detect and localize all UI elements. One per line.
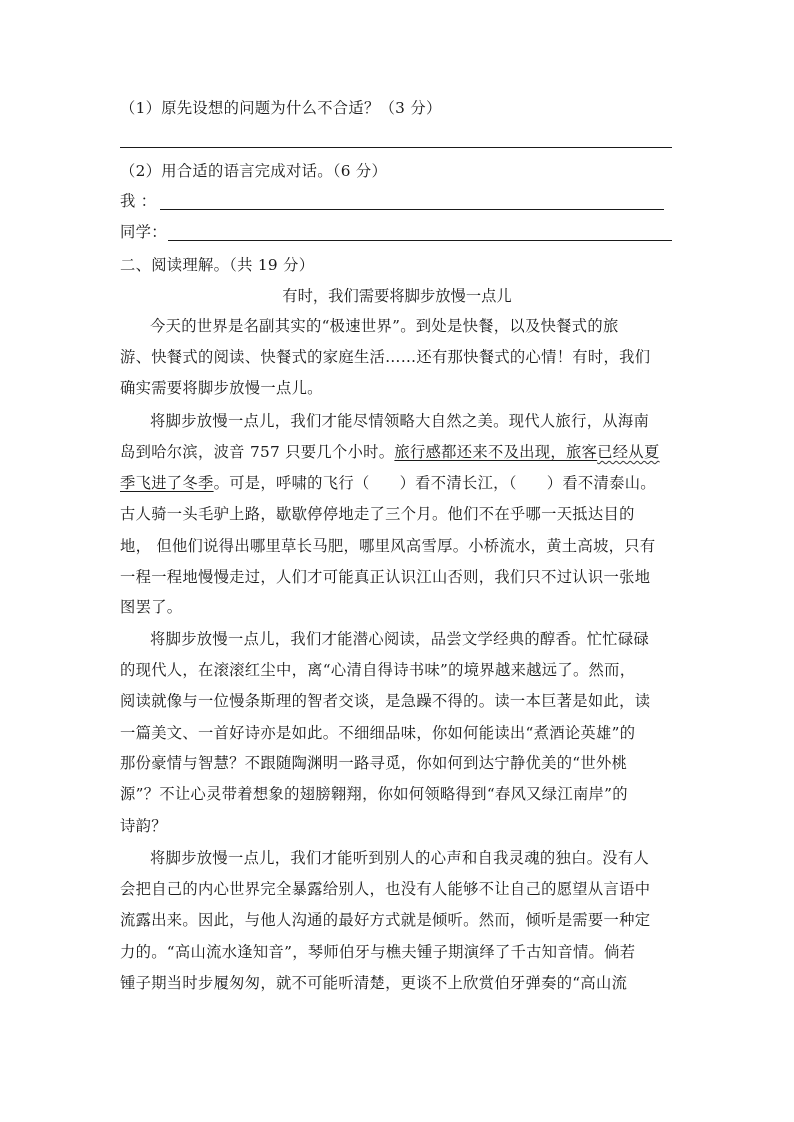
paragraph-2-line-3-text-c: ）看不清泰山。 xyxy=(547,474,656,492)
paragraph-2-line-5: 地， 但他们说得出哪里草长马肥，哪里风高雪厚。小桥流水，黄土高坡，只有 xyxy=(120,536,655,556)
section-heading: 二、阅读理解。（共 19 分） xyxy=(120,255,314,275)
question-2-label: （2）用合适的语言完成对话。（6 分） xyxy=(120,161,387,181)
paragraph-2-line-3-text-a: 。可是，呼啸的飞行（ xyxy=(214,474,370,492)
paragraph-4-line-1: 将脚步放慢一点儿，我们才能听到别人的心声和自我灵魂的独白。没有人 xyxy=(150,848,649,868)
paragraph-3-line-3: 阅读就像与一位慢条斯理的智者交谈，是急躁不得的。读一本巨著是如此，读 xyxy=(120,691,650,711)
dialogue-me-answer-line[interactable] xyxy=(160,209,664,210)
paragraph-3-line-5: 那份豪情与智慧？不跟随陶渊明一路寻觅，你如何到达宁静优美的“世外桃 xyxy=(120,753,627,773)
article-title: 有时，我们需要将脚步放慢一点儿 xyxy=(0,286,794,306)
paragraph-2-line-3: 季飞进了冬季。可是，呼啸的飞行（）看不清长江，（）看不清泰山。 xyxy=(120,473,656,493)
paragraph-2-line-2-text: 岛到哈尔滨，波音 757 只要几个小时。 xyxy=(120,443,394,461)
dialogue-classmate-label: 同学： xyxy=(120,222,167,242)
paragraph-4-line-5: 锺子期当时步履匆匆，就不可能听清楚，更谈不上欣赏伯牙弹奏的“高山流 xyxy=(120,973,627,993)
exam-page: （1）原先设想的问题为什么不合适？（3 分） （2）用合适的语言完成对话。（6 … xyxy=(0,0,794,1122)
underlined-sentence-part-1: 旅行感都还来不及出现，旅客 xyxy=(394,443,597,461)
underlined-sentence-part-2: 季飞进了冬季 xyxy=(120,474,214,492)
paragraph-2-line-3-text-b: ）看不清长江，（ xyxy=(400,474,517,492)
paragraph-4-line-3: 流露出来。因此，与他人沟通的最好方式就是倾听。然而，倾听是需要一种定 xyxy=(120,910,650,930)
paragraph-3-line-1: 将脚步放慢一点儿，我们才能潜心阅读，品尝文学经典的醇香。忙忙碌碌 xyxy=(150,629,649,649)
paragraph-2-line-2: 岛到哈尔滨，波音 757 只要几个小时。旅行感都还来不及出现，旅客已经从夏 xyxy=(120,442,660,462)
paragraph-2-line-6: 一程一程地慢慢走过，人们才可能真正认识江山否则，我们只不过认识一张地 xyxy=(120,567,650,587)
paragraph-3-line-6: 源”？不让心灵带着想象的翅膀翱翔，你如何领略得到“春风又绿江南岸”的 xyxy=(120,784,628,804)
paragraph-4-line-4: 力的。“高山流水逢知音”，琴师伯牙与樵夫锺子期演绎了千古知音情。倘若 xyxy=(120,942,635,962)
paragraph-2-line-1: 将脚步放慢一点儿，我们才能尽情领略大自然之美。现代人旅行，从海南 xyxy=(150,411,649,431)
paragraph-1-line-2: 游、快餐式的阅读、快餐式的家庭生活……还有那快餐式的心情！有时，我们 xyxy=(120,347,650,367)
wavy-underlined-phrase: 已经从夏 xyxy=(597,443,659,461)
question-1-answer-line[interactable] xyxy=(120,147,672,148)
paragraph-1-line-1: 今天的世界是名副其实的“极速世界”。到处是快餐，以及快餐式的旅 xyxy=(150,316,619,336)
paragraph-1-line-3: 确实需要将脚步放慢一点儿。 xyxy=(120,378,323,398)
paragraph-3-line-2: 的现代人，在滚滚红尘中，离“心清自得诗书味”的境界越来越远了。然而， xyxy=(120,660,635,680)
paragraph-4-line-2: 会把自己的内心世界完全暴露给别人，也没有人能够不让自己的愿望从言语中 xyxy=(120,879,650,899)
dialogue-classmate-answer-line[interactable] xyxy=(168,240,672,241)
question-1-label: （1）原先设想的问题为什么不合适？（3 分） xyxy=(120,98,442,118)
paragraph-2-line-4: 古人骑一头毛驴上路，歇歇停停地走了三个月。他们不在乎哪一天抵达目的 xyxy=(120,504,635,524)
paragraph-3-line-7: 诗韵？ xyxy=(120,816,167,836)
paragraph-2-line-7: 图罢了。 xyxy=(120,597,182,617)
dialogue-me-label: 我 ： xyxy=(120,191,156,211)
paragraph-3-line-4: 一篇美文、一首好诗亦是如此。不细细品味，你如何能读出“煮酒论英雄”的 xyxy=(120,723,635,743)
